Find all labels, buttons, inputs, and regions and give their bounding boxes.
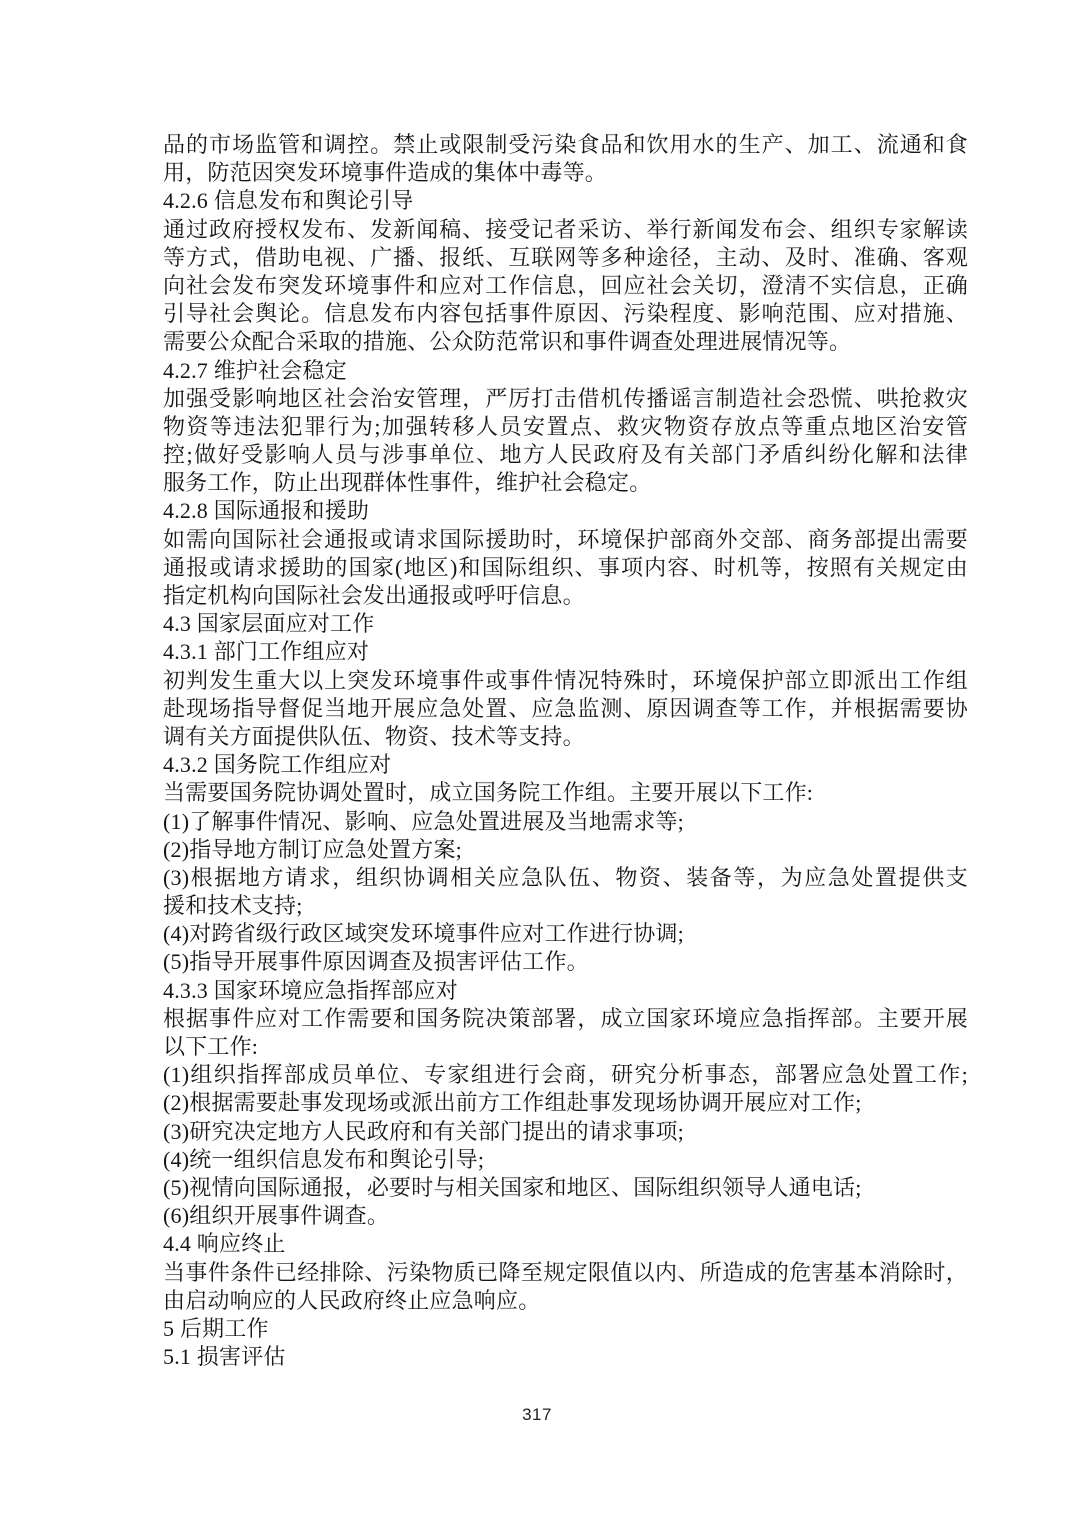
text-line: (5)指导开展事件原因调查及损害评估工作。: [163, 948, 968, 976]
text-line: 5.1 损害评估: [163, 1343, 968, 1371]
text-line: 指定机构向国际社会发出通报或呼吁信息。: [163, 582, 968, 610]
text-line: 控;做好受影响人员与涉事单位、地方人民政府及有关部门矛盾纠纷化解和法律: [163, 441, 968, 469]
text-line: 如需向国际社会通报或请求国际援助时，环境保护部商外交部、商务部提出需要: [163, 526, 968, 554]
text-line: 加强受影响地区社会治安管理，严厉打击借机传播谣言制造社会恐慌、哄抢救灾: [163, 385, 968, 413]
text-line: 服务工作，防止出现群体性事件，维护社会稳定。: [163, 469, 968, 497]
text-line: 初判发生重大以上突发环境事件或事件情况特殊时，环境保护部立即派出工作组: [163, 667, 968, 695]
page-number: 317: [0, 1405, 1074, 1425]
document-page: 品的市场监管和调控。禁止或限制受污染食品和饮用水的生产、加工、流通和食用，防范因…: [0, 0, 1074, 1520]
text-line: 通过政府授权发布、发新闻稿、接受记者采访、举行新闻发布会、组织专家解读: [163, 216, 968, 244]
text-line: 用，防范因突发环境事件造成的集体中毒等。: [163, 159, 968, 187]
text-line: (4)对跨省级行政区域突发环境事件应对工作进行协调;: [163, 920, 968, 948]
text-line: 赴现场指导督促当地开展应急处置、应急监测、原因调查等工作，并根据需要协: [163, 695, 968, 723]
text-line: 品的市场监管和调控。禁止或限制受污染食品和饮用水的生产、加工、流通和食: [163, 131, 968, 159]
text-line: 通报或请求援助的国家(地区)和国际组织、事项内容、时机等，按照有关规定由: [163, 554, 968, 582]
text-line: 引导社会舆论。信息发布内容包括事件原因、污染程度、影响范围、应对措施、: [163, 300, 968, 328]
text-line: (6)组织开展事件调查。: [163, 1202, 968, 1230]
text-line: 4.2.6 信息发布和舆论引导: [163, 187, 968, 215]
text-line: 调有关方面提供队伍、物资、技术等支持。: [163, 723, 968, 751]
text-line: (2)指导地方制订应急处置方案;: [163, 836, 968, 864]
text-line: (3)研究决定地方人民政府和有关部门提出的请求事项;: [163, 1118, 968, 1146]
text-line: 向社会发布突发环境事件和应对工作信息，回应社会关切，澄清不实信息，正确: [163, 272, 968, 300]
text-line: (1)了解事件情况、影响、应急处置进展及当地需求等;: [163, 808, 968, 836]
text-line: 物资等违法犯罪行为;加强转移人员安置点、救灾物资存放点等重点地区治安管: [163, 413, 968, 441]
text-line: (3)根据地方请求，组织协调相关应急队伍、物资、装备等，为应急处置提供支: [163, 864, 968, 892]
text-line: 等方式，借助电视、广播、报纸、互联网等多种途径，主动、及时、准确、客观: [163, 244, 968, 272]
text-line: 当事件条件已经排除、污染物质已降至规定限值以内、所造成的危害基本消除时，: [163, 1259, 968, 1287]
document-body: 品的市场监管和调控。禁止或限制受污染食品和饮用水的生产、加工、流通和食用，防范因…: [163, 131, 968, 1371]
text-line: 4.2.8 国际通报和援助: [163, 497, 968, 525]
text-line: 4.3.1 部门工作组应对: [163, 638, 968, 666]
text-line: 4.3.2 国务院工作组应对: [163, 751, 968, 779]
text-line: 4.3.3 国家环境应急指挥部应对: [163, 977, 968, 1005]
text-line: 援和技术支持;: [163, 892, 968, 920]
text-line: (4)统一组织信息发布和舆论引导;: [163, 1146, 968, 1174]
text-line: 根据事件应对工作需要和国务院决策部署，成立国家环境应急指挥部。主要开展: [163, 1005, 968, 1033]
text-line: (5)视情向国际通报，必要时与相关国家和地区、国际组织领导人通电话;: [163, 1174, 968, 1202]
text-line: (1)组织指挥部成员单位、专家组进行会商，研究分析事态，部署应急处置工作;: [163, 1061, 968, 1089]
text-line: 4.4 响应终止: [163, 1230, 968, 1258]
text-line: 需要公众配合采取的措施、公众防范常识和事件调查处理进展情况等。: [163, 328, 968, 356]
text-line: 5 后期工作: [163, 1315, 968, 1343]
text-line: (2)根据需要赴事发现场或派出前方工作组赴事发现场协调开展应对工作;: [163, 1089, 968, 1117]
text-line: 4.3 国家层面应对工作: [163, 610, 968, 638]
text-line: 当需要国务院协调处置时，成立国务院工作组。主要开展以下工作:: [163, 779, 968, 807]
text-line: 4.2.7 维护社会稳定: [163, 357, 968, 385]
text-line: 由启动响应的人民政府终止应急响应。: [163, 1287, 968, 1315]
text-line: 以下工作:: [163, 1033, 968, 1061]
